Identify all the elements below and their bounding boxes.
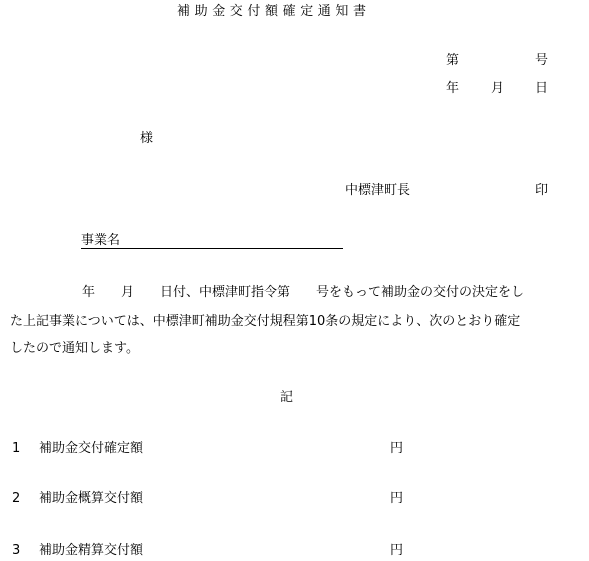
document-title: 補助金交付額確定通知書: [177, 4, 371, 20]
item-unit: 円: [390, 441, 403, 457]
item-unit: 円: [390, 543, 403, 559]
date-day: 日: [535, 81, 548, 97]
item-label: 補助金交付確定額: [39, 441, 143, 457]
item-unit: 円: [390, 491, 403, 507]
item-number: 3: [12, 543, 20, 559]
project-name-label: 事業名: [81, 233, 120, 248]
note-heading: 記: [280, 390, 293, 406]
item-label: 補助金精算交付額: [39, 543, 143, 559]
addressee-suffix: 様: [140, 131, 153, 147]
item-number: 1: [12, 441, 20, 457]
number-prefix: 第: [446, 53, 459, 69]
body-line-3: したので通知します。: [10, 341, 139, 357]
item-label: 補助金概算交付額: [39, 491, 143, 507]
item-number: 2: [12, 491, 20, 507]
project-name-field: 事業名: [81, 233, 343, 249]
date-month: 月: [491, 81, 504, 97]
number-suffix: 号: [535, 53, 548, 69]
issuer-name: 中標津町長: [345, 183, 410, 199]
body-line-1: 年 月 日付、中標津町指令第 号をもって補助金の交付の決定をし: [82, 285, 524, 301]
date-year: 年: [446, 81, 459, 97]
body-line-2: た上記事業については、中標津町補助金交付規程第10条の規定により、次のとおり確定: [10, 314, 520, 330]
seal-mark: 印: [535, 183, 548, 199]
